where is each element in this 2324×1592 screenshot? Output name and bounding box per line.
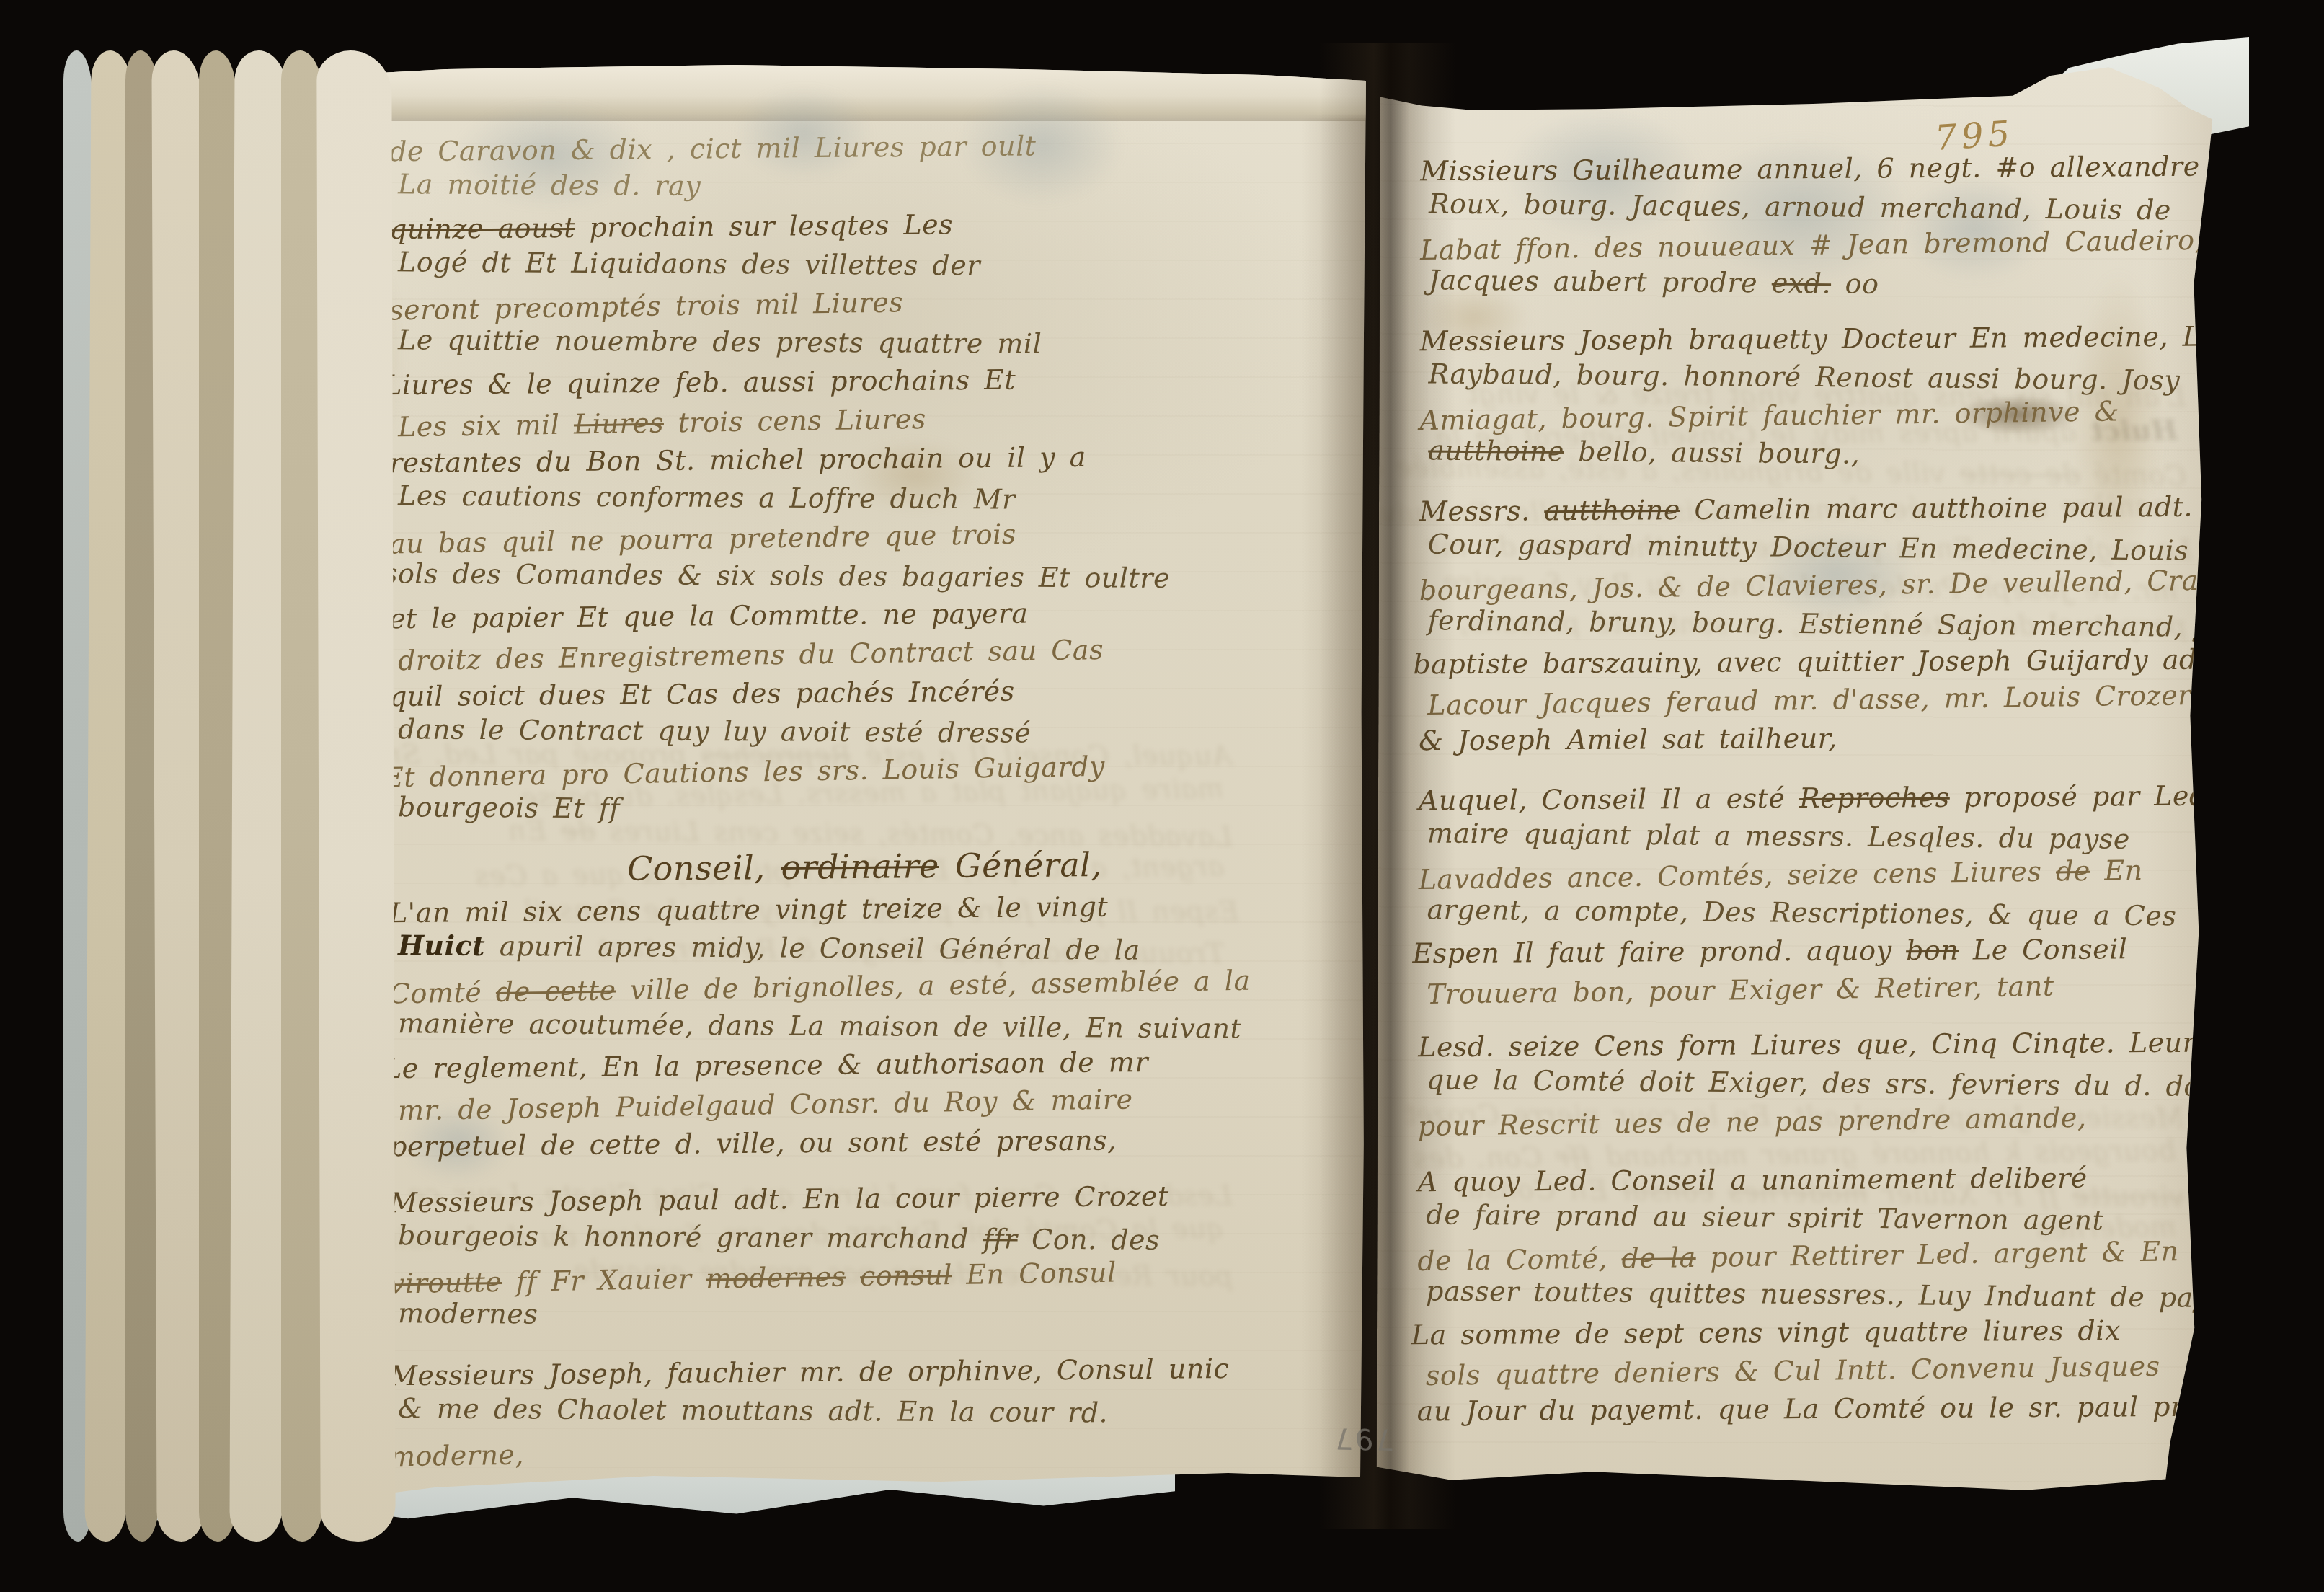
manuscript-photo: Auquel, Conseil Il a esté Reproches prop… (0, 0, 2324, 1592)
manuscript-line: bourgeois Et ff (398, 787, 1254, 831)
left-page-top-fold (216, 65, 1366, 121)
right-paragraph-proposal: Auquel, Conseil Il a esté Reproches prop… (1418, 779, 2190, 1010)
left-paragraph-consuls: Messieurs Joseph paul adt. En la cour pi… (389, 1180, 1254, 1335)
manuscript-line: au Jour du payemt. que La Comté ou le sr… (1417, 1388, 2188, 1431)
emphasized-word: Huict (398, 929, 485, 962)
page-edge (125, 50, 159, 1542)
manuscript-line: argent, a compte, Des Rescriptiones, & q… (1427, 890, 2189, 935)
manuscript-line: passer touttes quittes nuessres., Luy In… (1426, 1272, 2188, 1317)
struck-word: ffr (983, 1223, 1018, 1255)
struck-word: quinze aoust (389, 212, 575, 245)
section-heading-conseil-general: Conseil, ordinaire Général, (627, 846, 1254, 885)
struck-word: Reproches (1799, 782, 1950, 814)
struck-word: Liures (574, 407, 665, 441)
right-paragraph-names-3: Messrs. autthoine Camelin marc autthoine… (1419, 490, 2191, 759)
manuscript-line: Conseil, ordinaire Général, (627, 844, 1254, 888)
right-paragraph-deliberation: A quoy Led. Conseil a unanimement delibe… (1417, 1160, 2189, 1430)
folio-number-pencil: 797 (1331, 1421, 1395, 1456)
manuscript-line: Messieurs Joseph braquetty Docteur En me… (1419, 318, 2191, 361)
right-page-text: Missieurs Guilheaume annuel, 6 negt. #o … (1417, 149, 2192, 1447)
struck-word: de (2056, 855, 2090, 888)
manuscript-line: A quoy Led. Conseil a unanimement delibe… (1417, 1159, 2188, 1202)
struck-word: de la (1621, 1242, 1696, 1274)
struck-word: de cette (496, 974, 616, 1008)
manuscript-line: quinze aoust prochain sur lesqtes Les (389, 203, 1254, 249)
manuscript-line: Jacques aubert prodre exd. oo (1429, 261, 2191, 306)
manuscript-line: sols des Comandes & six sols des bagarie… (383, 554, 1254, 598)
struck-word: exd. (1772, 267, 1832, 300)
manuscript-line: Messrs. autthoine Camelin marc autthoine… (1419, 488, 2191, 531)
manuscript-line: Messieurs Joseph, fauchier mr. de orphin… (389, 1349, 1254, 1395)
manuscript-line: Missieurs Guilheaume annuel, 6 negt. #o … (1420, 148, 2191, 191)
manuscript-line: manière acoutumée, dans La maison de vil… (398, 1004, 1254, 1048)
manuscript-line: L'an mil six cens quattre vingt treize &… (389, 886, 1254, 932)
manuscript-line: Auquel, Conseil Il a esté Reproches prop… (1419, 777, 2190, 821)
damp-stain (303, 238, 404, 476)
manuscript-line: modernes (398, 1293, 1254, 1337)
manuscript-line: quil soict dues Et Cas des pachés Incéré… (389, 670, 1254, 716)
struck-word: ordinaire (781, 846, 939, 887)
struck-word: modernes (706, 1260, 846, 1294)
left-page: Auquel, Conseil Il a esté Reproches prop… (216, 65, 1366, 1503)
manuscript-line: autthoine bello, aussi bourg., (1428, 431, 2191, 476)
left-paragraph-session: L'an mil six cens quattre vingt treize &… (389, 890, 1254, 1162)
manuscript-line: perpetuel de cette d. ville, ou sont est… (389, 1120, 1254, 1166)
manuscript-line: Messieurs Joseph paul adt. En la cour pi… (389, 1176, 1254, 1222)
struck-word: bon (1906, 934, 1959, 966)
manuscript-line: La moitié des d. ray (398, 164, 1254, 208)
manuscript-line: restantes du Bon St. michel prochain ou … (389, 436, 1254, 482)
right-paragraph-names-2: Messieurs Joseph braquetty Docteur En me… (1419, 319, 2191, 474)
right-paragraph-names-1: Missieurs Guilheaume annuel, 6 negt. #o … (1420, 149, 2192, 304)
right-page: L'an mil six cens quattre vingt treize &… (1376, 65, 2212, 1508)
manuscript-line: de Caravon & dix , cict mil Liures par o… (389, 125, 1254, 171)
page-edge (63, 50, 92, 1542)
manuscript-line: Le quittie nouembre des prests quattre m… (398, 320, 1254, 364)
left-paragraph-terms: quinze aoust prochain sur lesqtes LesLog… (389, 206, 1254, 829)
manuscript-line: & Joseph Amiel sat tailheur, (1419, 717, 2190, 761)
manuscript-line: moderne, (389, 1424, 1255, 1477)
manuscript-line: Lesd. seize Cens forn Liures que, Cinq C… (1418, 1024, 2189, 1067)
manuscript-line: ferdinand, bruny, bourg. Estienné Sajon … (1427, 601, 2190, 646)
left-page-text: de Caravon & dix , cict mil Liures par o… (389, 128, 1254, 1487)
struck-word: autthoine (1544, 494, 1680, 526)
right-paragraph-sums: Lesd. seize Cens forn Liures que, Cinq C… (1418, 1025, 2189, 1142)
struck-word: consul (860, 1259, 952, 1292)
page-edge (84, 50, 133, 1542)
page-edge (151, 50, 205, 1542)
left-paragraph-opening: de Caravon & dix , cict mil Liures par o… (389, 128, 1254, 206)
manuscript-line: pour Rescrit ues de ne pas prendre amand… (1417, 1097, 2189, 1146)
left-paragraph-consul-moderne: Messieurs Joseph, fauchier mr. de orphin… (389, 1353, 1254, 1469)
manuscript-line: Trouuera bon, pour Exiger & Retirer, tan… (1427, 965, 2190, 1014)
struck-word: autthoine (1428, 434, 1564, 467)
